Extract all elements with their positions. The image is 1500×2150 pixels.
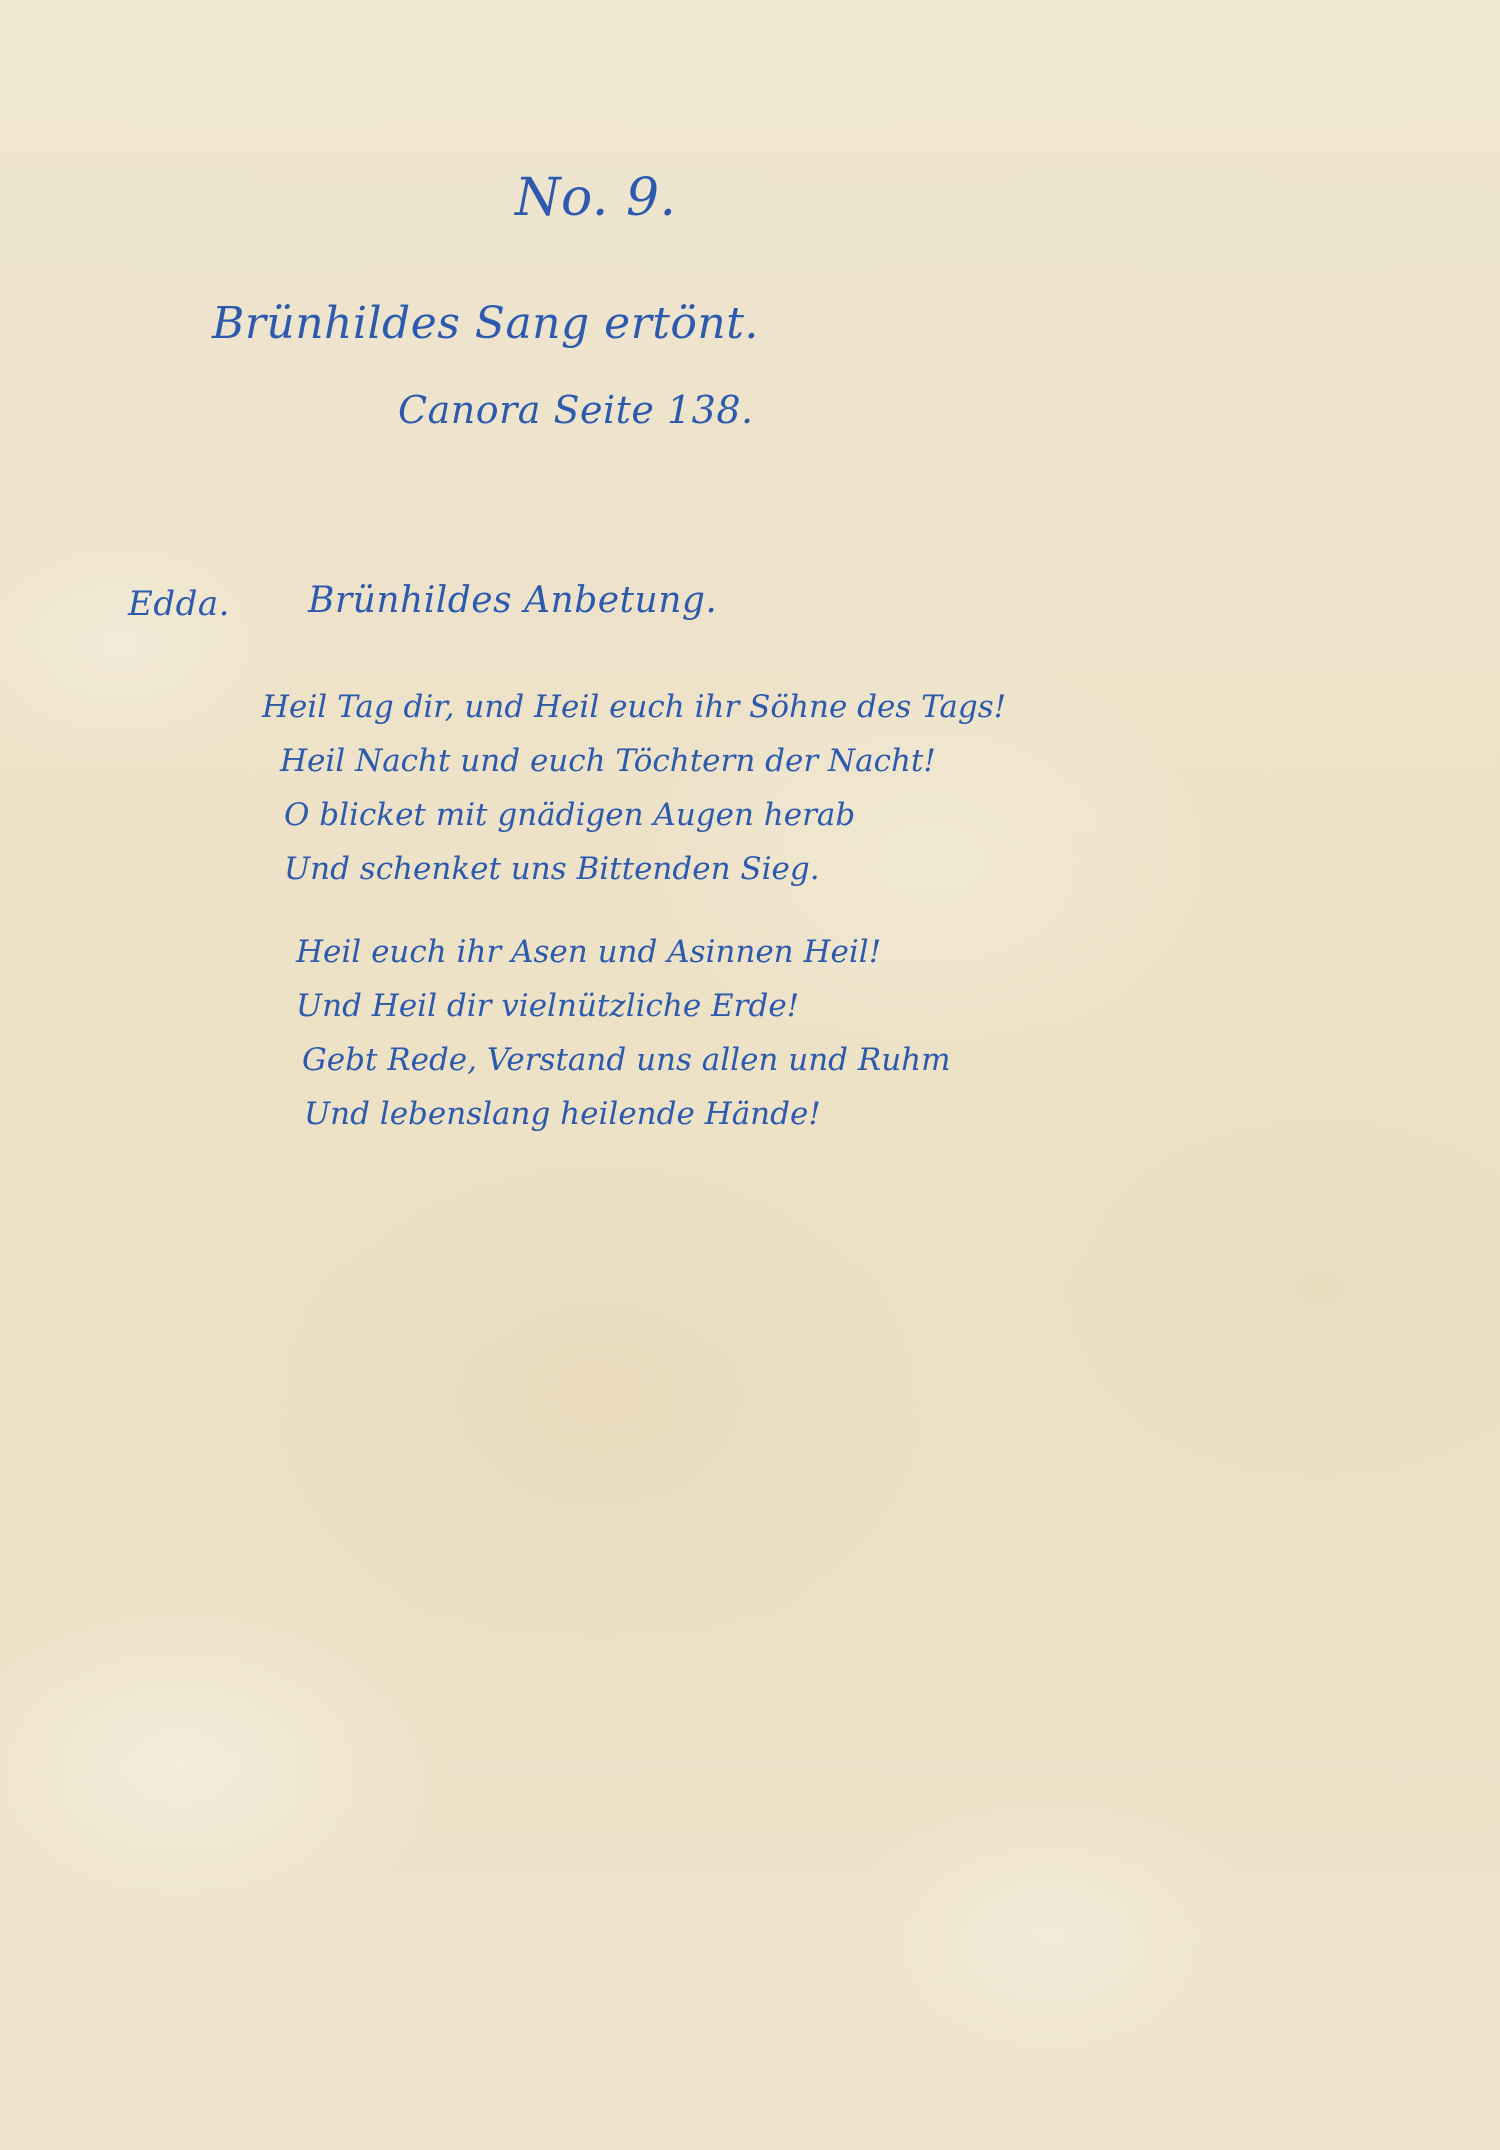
verse-line: Und schenket uns Bittenden Sieg. [262,842,1006,896]
verse-line: Heil Nacht und euch Töchtern der Nacht! [262,734,1006,788]
poem-heading: Brünhildes Anbetung. [308,580,717,621]
source-reference: Canora Seite 138. [398,388,754,432]
manuscript-page: No. 9. Brünhildes Sang ertönt. Canora Se… [0,0,1500,2150]
verse-line: Heil Tag dir, und Heil euch ihr Söhne de… [262,680,1006,734]
piece-number: No. 9. [515,168,677,228]
verse-line: Und Heil dir vielnützliche Erde! [296,979,951,1033]
verse-line: Und lebenslang heilende Hände! [296,1087,951,1141]
stanza-2: Heil euch ihr Asen und Asinnen Heil! Und… [296,925,951,1141]
verse-line: Gebt Rede, Verstand uns allen und Ruhm [296,1033,951,1087]
page-title: Brünhildes Sang ertönt. [212,298,759,349]
verse-line: Heil euch ihr Asen und Asinnen Heil! [296,925,951,979]
stanza-1: Heil Tag dir, und Heil euch ihr Söhne de… [262,680,1006,896]
verse-line: O blicket mit gnädigen Augen herab [262,788,1006,842]
attribution-label: Edda. [128,584,230,624]
